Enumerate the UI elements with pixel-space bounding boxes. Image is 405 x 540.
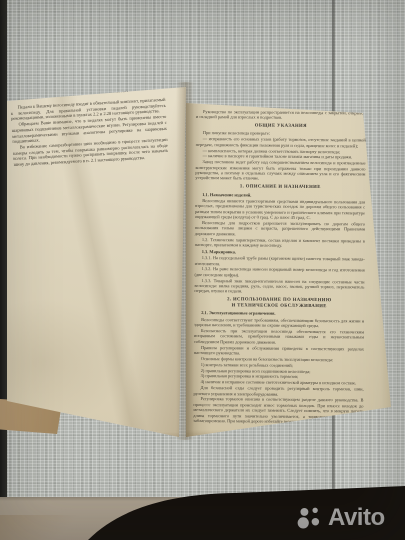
paragraph: Для безопасной езды следует проводить ре… — [193, 385, 363, 397]
section-heading-1: 1. ОПИСАНИЕ И НАЗНАЧЕНИЕ — [195, 184, 365, 191]
right-page-text-block: Руководство по эксплуатации распространя… — [193, 109, 366, 431]
paragraph: Правила регулировки и обслуживания приве… — [194, 345, 364, 357]
paragraph: Завод постоянно ведет работу над соверше… — [195, 159, 365, 182]
paragraph: Безопасность при эксплуатации велосипеда… — [194, 328, 364, 346]
paragraph: При покупке велосипеда проверьте: — [196, 130, 366, 137]
booklet-left-page: УВАЖАЕМЫЙ ПОКУПАТЕЛЬ! Педали к Вашему ве… — [7, 85, 187, 440]
list-item: — наличие в паспорте и гарантийном талон… — [196, 153, 366, 160]
list-item: — комплектность, которая должна соответс… — [196, 148, 366, 155]
paragraph: Обращаем Ваше внимание, что в педалях мо… — [11, 114, 167, 144]
section-heading-general: ОБЩИЕ УКАЗАНИЯ — [196, 123, 366, 130]
paragraph: Велосипеды соответствуют требованиям, об… — [194, 317, 364, 329]
list-item: 1) контроль затяжки всех резьбовых соеди… — [194, 362, 364, 369]
paragraph: Велосипеды являются транспортными средст… — [195, 198, 365, 221]
paragraph: Велосипеды для подростков разрешается эк… — [195, 220, 365, 238]
list-item: 4) наличие и исправное состояние светоте… — [194, 379, 364, 386]
section-heading-2-line1: 2. ИСПОЛЬЗОВАНИЕ ПО НАЗНАЧЕНИЮ — [194, 297, 364, 304]
list-item: — исправность его основных узлов (работу… — [196, 136, 366, 148]
subsection-title-1-1: 1.1. Назначение изделий. — [195, 192, 365, 199]
subsection-title-2-1: 2.1. Эксплуатационные ограничения. — [194, 310, 364, 317]
section-heading-2-line2: И ТЕХНИЧЕСКОЕ ОБСЛУЖИВАНИЕ — [194, 303, 364, 310]
paragraph: 1.3.2. На раме велосипеда нанесен порядк… — [195, 266, 365, 278]
paragraph: 1.2. Технические характеристики, состав … — [195, 237, 365, 249]
photo-scene: УВАЖАЕМЫЙ ПОКУПАТЕЛЬ! Педали к Вашему ве… — [0, 0, 405, 540]
list-item: 2) правильная регулировка всех подшипник… — [194, 368, 364, 375]
paragraph: Во избежание саморазбортовки шин необход… — [13, 137, 169, 167]
avito-logo-icon — [296, 505, 324, 531]
list-item: 3) правильная регулировка и исправность … — [194, 373, 364, 380]
paragraph: 1.3.3. Товарный знак завода-изготовителя… — [194, 278, 364, 296]
subsection-title-1-3: 1.3. Маркировка. — [195, 249, 365, 256]
left-page-text-block: УВАЖАЕМЫЙ ПОКУПАТЕЛЬ! Педали к Вашему ве… — [10, 87, 169, 168]
paragraph: Основные формы контроля на безопасность … — [194, 356, 364, 363]
paragraph: 1.3.1. На подседельной трубе рамы (карто… — [195, 255, 365, 267]
booklet-right-page: Руководство по эксплуатации распространя… — [186, 85, 392, 440]
paragraph: Педали к Вашему велосипеду входят в обяз… — [11, 97, 167, 122]
avito-watermark-label: Avito — [328, 504, 385, 532]
avito-watermark: Avito — [296, 500, 400, 536]
